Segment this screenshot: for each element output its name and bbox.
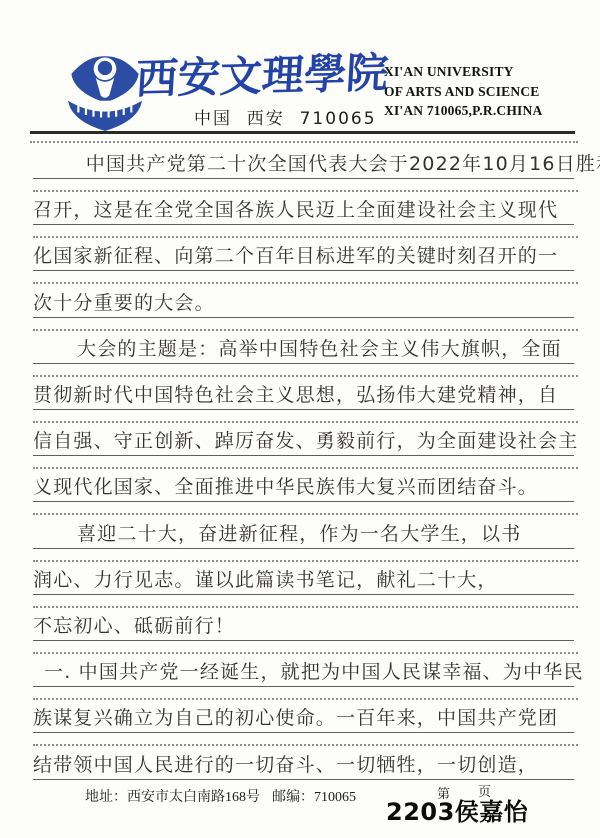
manuscript-line: 信自强、守正创新、踔厉奋发、勇毅前行，为全面建设社会主 (33, 418, 574, 456)
manuscript-line: 一. 中国共产党一经诞生，就把为中国人民谋幸福、为中华民 (33, 649, 574, 687)
handwritten-text: 信自强、守正创新、踔厉奋发、勇毅前行，为全面建设社会主 (33, 426, 578, 453)
footer-postcode: 邮编：710065 (272, 786, 356, 806)
handwritten-text: 次十分重要的大会。 (33, 288, 215, 315)
manuscript-line: 润心、力行见志。谨以此篇读书笔记，献礼二十大， (33, 557, 574, 595)
student-signature: 2203侯嘉怡 (386, 792, 528, 827)
manuscript-line: 化国家新征程、向第二个百年目标进军的关键时刻召开的一 (33, 233, 574, 271)
manuscript-line: 结带领中国人民进行的一切奋斗、一切牺牲，一切创造， (33, 742, 574, 780)
handwritten-text: 贯彻新时代中国特色社会主义思想，弘扬伟大建党精神，自 (33, 380, 558, 407)
manuscript-body: 中国共产党第二十次全国代表大会于2022年10月16日胜利召开，这是在全党全国各… (0, 0, 600, 838)
manuscript-line: 义现代化国家、全面推进中华民族伟大复兴而团结奋斗。 (33, 464, 574, 502)
handwritten-text: 喜迎二十大，奋进新征程，作为一名大学生，以书 (77, 519, 521, 546)
manuscript-line: 中国共产党第二十次全国代表大会于2022年10月16日胜利 (33, 141, 574, 179)
handwritten-text: 义现代化国家、全面推进中华民族伟大复兴而团结奋斗。 (33, 472, 538, 499)
handwritten-text: 润心、力行见志。谨以此篇读书笔记，献礼二十大， (33, 565, 498, 592)
handwritten-text: 不忘初心、砥砺前行！ (33, 611, 235, 638)
footer-address: 地址：西安市太白南路168号 (85, 786, 260, 806)
manuscript-line: 不忘初心、砥砺前行！ (33, 603, 574, 641)
handwritten-text: 中国共产党第二十次全国代表大会于2022年10月16日胜利 (86, 149, 600, 176)
manuscript-line: 族谋复兴确立为自己的初心使命。一百年来，中国共产党团 (33, 695, 574, 733)
manuscript-line: 次十分重要的大会。 (33, 280, 574, 318)
handwritten-text: 族谋复兴确立为自己的初心使命。一百年来，中国共产党团 (33, 703, 558, 730)
handwritten-text: 大会的主题是：高举中国特色社会主义伟大旗帜，全面 (77, 334, 562, 361)
handwritten-text: 化国家新征程、向第二个百年目标进军的关键时刻召开的一 (33, 241, 558, 268)
manuscript-line: 贯彻新时代中国特色社会主义思想，弘扬伟大建党精神，自 (33, 372, 574, 410)
manuscript-line: 召开，这是在全党全国各族人民迈上全面建设社会主义现代 (33, 187, 574, 225)
manuscript-line: 大会的主题是：高举中国特色社会主义伟大旗帜，全面 (33, 326, 574, 364)
handwritten-text: 召开，这是在全党全国各族人民迈上全面建设社会主义现代 (33, 195, 558, 222)
page-footer: 地址：西安市太白南路168号 邮编：710065 第 页 2203侯嘉怡 (0, 780, 600, 838)
manuscript-line: 喜迎二十大，奋进新征程，作为一名大学生，以书 (33, 511, 574, 549)
handwritten-text: 结带领中国人民进行的一切奋斗、一切牺牲，一切创造， (33, 750, 538, 777)
handwritten-text: 一. 中国共产党一经诞生，就把为中国人民谋幸福、为中华民 (44, 657, 584, 684)
scanned-letterhead-page: 西安文理學院 中国 西安 710065 XI'AN UNIVERSITY OF … (0, 0, 600, 838)
